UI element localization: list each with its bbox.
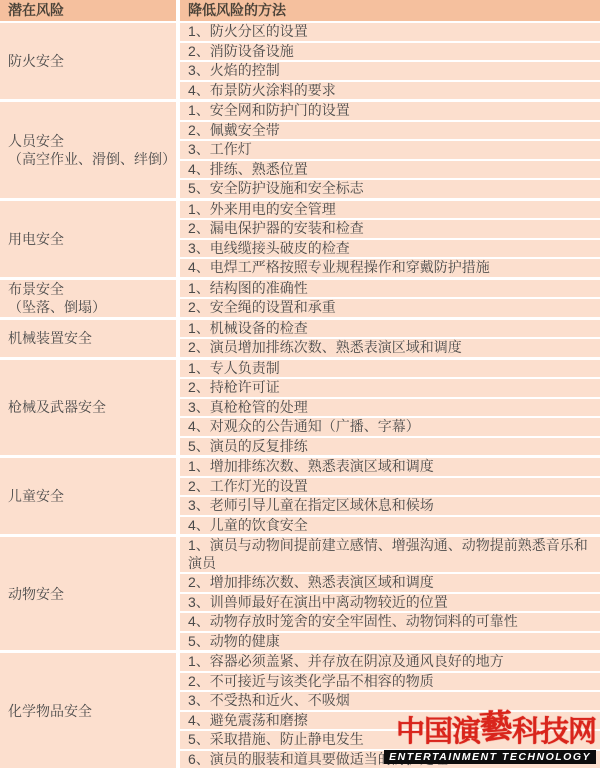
method-list: 1、防火分区的设置2、消防设备设施3、火焰的控制4、布景防火涂料的要求 <box>180 23 600 99</box>
method-item: 1、机械设备的检查 <box>180 320 600 340</box>
watermark-logo: 中国演藝科技网 ENTERTAINMENT TECHNOLOGY <box>384 715 596 765</box>
risk-category-label: 布景安全 <box>8 280 172 298</box>
method-item: 4、电焊工严格按照专业规程操作和穿戴防护措施 <box>180 259 600 277</box>
method-item: 2、增加排练次数、熟悉表演区域和调度 <box>180 574 600 594</box>
method-item: 4、对观众的公告通知（广播、字幕） <box>180 418 600 438</box>
table-row-group: 枪械及武器安全1、专人负责制2、持枪许可证3、真枪枪管的处理4、对观众的公告通知… <box>0 360 600 456</box>
method-item: 1、容器必须盖紧、并存放在阴凉及通风良好的地方 <box>180 653 600 673</box>
method-item: 4、布景防火涂料的要求 <box>180 82 600 100</box>
method-item: 3、电线缆接头破皮的检查 <box>180 240 600 260</box>
method-list: 1、机械设备的检查2、演员增加排练次数、熟悉表演区域和调度 <box>180 320 600 357</box>
method-item: 2、工作灯光的设置 <box>180 478 600 498</box>
risk-category-cell: 机械装置安全 <box>0 320 176 357</box>
method-list: 1、演员与动物间提前建立感情、增强沟通、动物提前熟悉音乐和演员2、增加排练次数、… <box>180 537 600 650</box>
method-item: 2、安全绳的设置和承重 <box>180 299 600 317</box>
risk-category-label: 动物安全 <box>8 585 172 603</box>
risk-category-cell: 儿童安全 <box>0 458 176 534</box>
risk-category-cell: 化学物品安全 <box>0 653 176 768</box>
risk-category-cell: 布景安全（坠落、倒塌） <box>0 280 176 317</box>
method-item: 3、真枪枪管的处理 <box>180 399 600 419</box>
risk-category-cell: 枪械及武器安全 <box>0 360 176 456</box>
method-list: 1、结构图的准确性2、安全绳的设置和承重 <box>180 280 600 317</box>
watermark-art-glyph: 藝 <box>479 710 513 745</box>
method-item: 2、持枪许可证 <box>180 379 600 399</box>
column-header-risk: 潜在风险 <box>0 0 176 21</box>
method-item: 1、专人负责制 <box>180 360 600 380</box>
risk-category-label: 防火安全 <box>8 52 172 70</box>
method-item: 5、动物的健康 <box>180 633 600 651</box>
method-item: 5、演员的反复排练 <box>180 438 600 456</box>
risk-category-cell: 动物安全 <box>0 537 176 650</box>
risk-table-page: 潜在风险 降低风险的方法 防火安全1、防火分区的设置2、消防设备设施3、火焰的控… <box>0 0 600 768</box>
method-item: 4、动物存放时笼舍的安全牢固性、动物饲料的可靠性 <box>180 613 600 633</box>
method-list: 1、安全网和防护门的设置2、佩戴安全带3、工作灯4、排练、熟悉位置5、安全防护设… <box>180 102 600 198</box>
method-item: 3、老师引导儿童在指定区域休息和候场 <box>180 497 600 517</box>
table-row-group: 机械装置安全1、机械设备的检查2、演员增加排练次数、熟悉表演区域和调度 <box>0 320 600 357</box>
risk-category-label: 用电安全 <box>8 230 172 248</box>
method-item: 1、安全网和防护门的设置 <box>180 102 600 122</box>
watermark-cn-part2: 科技网 <box>512 716 596 748</box>
method-item: 3、工作灯 <box>180 141 600 161</box>
method-item: 1、演员与动物间提前建立感情、增强沟通、动物提前熟悉音乐和演员 <box>180 537 600 574</box>
method-list: 1、专人负责制2、持枪许可证3、真枪枪管的处理4、对观众的公告通知（广播、字幕）… <box>180 360 600 456</box>
table-row-group: 用电安全1、外来用电的安全管理2、漏电保护器的安装和检查3、电线缆接头破皮的检查… <box>0 201 600 277</box>
method-item: 1、结构图的准确性 <box>180 280 600 300</box>
table-row-group: 动物安全1、演员与动物间提前建立感情、增强沟通、动物提前熟悉音乐和演员2、增加排… <box>0 537 600 650</box>
risk-category-note: （坠落、倒塌） <box>8 298 172 316</box>
table-header-row: 潜在风险 降低风险的方法 <box>0 0 600 21</box>
table-row-group: 防火安全1、防火分区的设置2、消防设备设施3、火焰的控制4、布景防火涂料的要求 <box>0 23 600 99</box>
risk-category-label: 人员安全 <box>8 132 172 150</box>
risk-category-cell: 防火安全 <box>0 23 176 99</box>
method-item: 1、增加排练次数、熟悉表演区域和调度 <box>180 458 600 478</box>
method-list: 1、外来用电的安全管理2、漏电保护器的安装和检查3、电线缆接头破皮的检查4、电焊… <box>180 201 600 277</box>
method-item: 4、排练、熟悉位置 <box>180 161 600 181</box>
watermark-subtitle: ENTERTAINMENT TECHNOLOGY <box>384 750 596 765</box>
table-row-group: 儿童安全1、增加排练次数、熟悉表演区域和调度2、工作灯光的设置3、老师引导儿童在… <box>0 458 600 534</box>
table-row-group: 人员安全（高空作业、滑倒、绊倒）1、安全网和防护门的设置2、佩戴安全带3、工作灯… <box>0 102 600 198</box>
watermark-cn-part1: 中国演 <box>396 716 480 748</box>
risk-category-label: 枪械及武器安全 <box>8 398 172 416</box>
risk-category-cell: 用电安全 <box>0 201 176 277</box>
method-item: 3、火焰的控制 <box>180 62 600 82</box>
method-item: 3、训兽师最好在演出中离动物较近的位置 <box>180 594 600 614</box>
method-item: 2、消防设备设施 <box>180 43 600 63</box>
risk-category-label: 机械装置安全 <box>8 329 172 347</box>
column-header-method: 降低风险的方法 <box>180 0 600 21</box>
method-item: 3、不受热和近火、不吸烟 <box>180 692 600 712</box>
method-item: 2、佩戴安全带 <box>180 122 600 142</box>
method-item: 4、儿童的饮食安全 <box>180 517 600 535</box>
table-row-group: 布景安全（坠落、倒塌）1、结构图的准确性2、安全绳的设置和承重 <box>0 280 600 317</box>
method-item: 2、漏电保护器的安装和检查 <box>180 220 600 240</box>
method-item: 2、演员增加排练次数、熟悉表演区域和调度 <box>180 339 600 357</box>
method-list: 1、增加排练次数、熟悉表演区域和调度2、工作灯光的设置3、老师引导儿童在指定区域… <box>180 458 600 534</box>
method-item: 1、防火分区的设置 <box>180 23 600 43</box>
risk-category-label: 儿童安全 <box>8 487 172 505</box>
method-item: 5、安全防护设施和安全标志 <box>180 180 600 198</box>
risk-category-label: 化学物品安全 <box>8 702 172 720</box>
risk-category-cell: 人员安全（高空作业、滑倒、绊倒） <box>0 102 176 198</box>
method-item: 1、外来用电的安全管理 <box>180 201 600 221</box>
method-item: 2、不可接近与该类化学品不相容的物质 <box>180 673 600 693</box>
watermark-title: 中国演藝科技网 <box>384 715 596 748</box>
table-body: 防火安全1、防火分区的设置2、消防设备设施3、火焰的控制4、布景防火涂料的要求人… <box>0 23 600 768</box>
risk-category-note: （高空作业、滑倒、绊倒） <box>8 150 172 168</box>
risk-table: 潜在风险 降低风险的方法 防火安全1、防火分区的设置2、消防设备设施3、火焰的控… <box>0 0 600 768</box>
